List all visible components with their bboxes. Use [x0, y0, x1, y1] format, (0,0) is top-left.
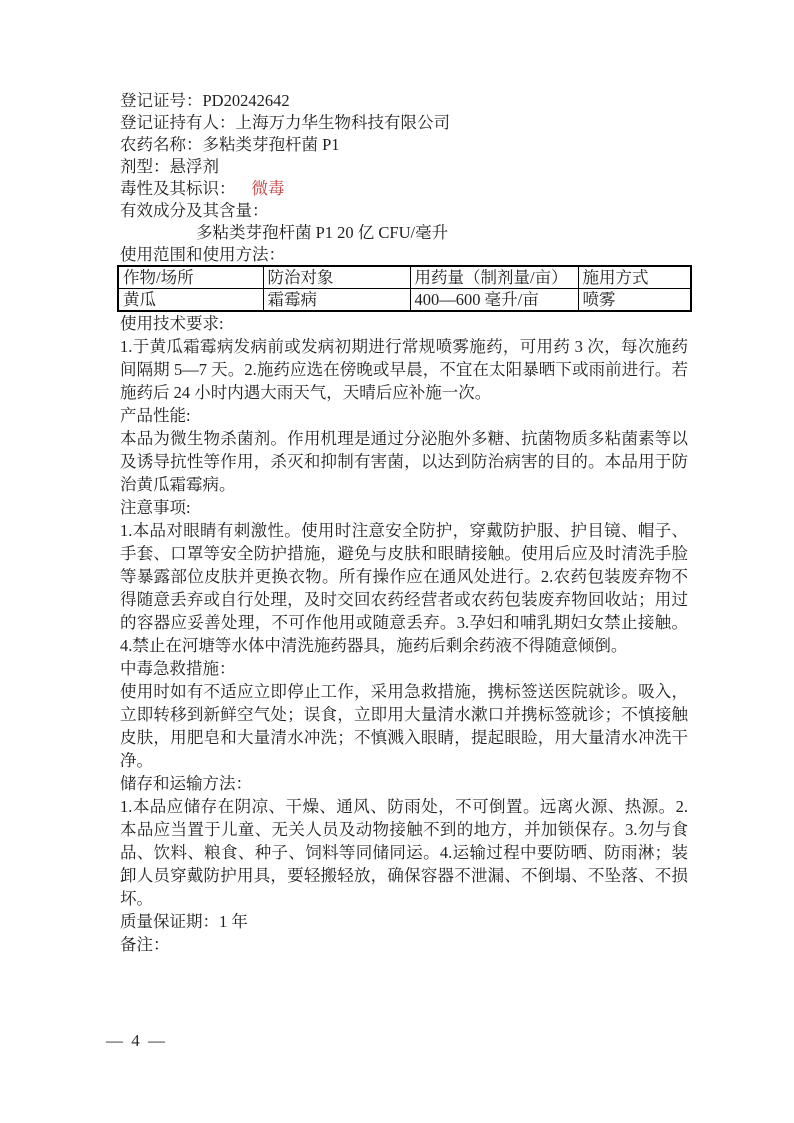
header-crop: 作物/场所 — [118, 266, 263, 289]
header-method: 施用方式 — [578, 266, 691, 289]
document-page: 登记证号：PD20242642 登记证持有人：上海万力华生物科技有限公司 农药名… — [0, 0, 794, 1123]
field-label: 登记证持有人： — [120, 113, 236, 132]
header-dosage: 用药量（制剂量/亩） — [410, 266, 578, 289]
section-precautions: 注意事项: 1.本品对眼睛有刺激性。使用时注意安全防护，穿戴防护服、护目镜、帽子… — [120, 496, 688, 657]
field-value: 上海万力华生物科技有限公司 — [236, 113, 451, 132]
usage-table: 作物/场所 防治对象 用药量（制剂量/亩） 施用方式 黄瓜 霜霉病 400—60… — [117, 265, 692, 312]
section-heading: 储存和运输方法： — [120, 772, 688, 795]
field-registration-number: 登记证号：PD20242642 — [120, 90, 688, 112]
field-active-ingredient: 有效成分及其含量： — [120, 200, 688, 222]
field-label: 农药名称： — [120, 135, 203, 154]
section-body: 1.于黄瓜霜霉病发病前或发病初期进行常规喷雾施药，可用药 3 次，每次施药间隔期… — [120, 335, 688, 404]
usage-table-caption: 使用范围和使用方法： — [120, 244, 688, 265]
warranty-label: 质量保证期： — [120, 912, 219, 931]
field-label: 剂型： — [120, 157, 170, 176]
section-heading: 使用技术要求: — [120, 312, 688, 335]
warranty-value: 1 年 — [219, 912, 248, 931]
section-product-performance: 产品性能: 本品为微生物杀菌剂。作用机理是通过分泌胞外多糖、抗菌物质多粘菌素等以… — [120, 404, 688, 496]
cell-method: 喷雾 — [578, 289, 691, 312]
cell-crop: 黄瓜 — [118, 289, 263, 312]
section-heading: 注意事项: — [120, 496, 688, 519]
usage-table-data-row: 黄瓜 霜霉病 400—600 毫升/亩 喷雾 — [118, 289, 691, 312]
document-content: 登记证号：PD20242642 登记证持有人：上海万力华生物科技有限公司 农药名… — [120, 90, 688, 956]
field-value: 悬浮剂 — [170, 157, 220, 176]
field-pesticide-name: 农药名称：多粘类芽孢杆菌 P1 — [120, 134, 688, 156]
section-heading: 中毒急救措施： — [120, 657, 688, 680]
section-body: 使用时如有不适应立即停止工作，采用急救措施，携标签送医院就诊。吸入，立即转移到新… — [120, 680, 688, 772]
cell-target: 霜霉病 — [263, 289, 410, 312]
cell-dosage: 400—600 毫升/亩 — [410, 289, 578, 312]
warranty-period-line: 质量保证期：1 年 — [120, 910, 688, 933]
field-value: 多粘类芽孢杆菌 P1 — [203, 135, 340, 154]
section-heading: 产品性能: — [120, 404, 688, 427]
section-body: 1.本品对眼睛有刺激性。使用时注意安全防护，穿戴防护服、护目镜、帽子、手套、口罩… — [120, 519, 688, 657]
section-storage-transport: 储存和运输方法： 1.本品应储存在阴凉、干燥、通风、防雨处，不可倒置。远离火源、… — [120, 772, 688, 910]
usage-table-header-row: 作物/场所 防治对象 用药量（制剂量/亩） 施用方式 — [118, 266, 691, 289]
page-number: — 4 — — [106, 1031, 167, 1051]
field-registration-holder: 登记证持有人：上海万力华生物科技有限公司 — [120, 112, 688, 134]
header-target: 防治对象 — [263, 266, 410, 289]
section-usage-requirements: 使用技术要求: 1.于黄瓜霜霉病发病前或发病初期进行常规喷雾施药，可用药 3 次… — [120, 312, 688, 404]
field-label: 毒性及其标识： — [120, 179, 236, 198]
field-toxicity: 毒性及其标识：微毒 — [120, 178, 688, 200]
field-label: 有效成分及其含量： — [120, 201, 269, 220]
remark-line: 备注： — [120, 933, 688, 956]
section-body: 本品为微生物杀菌剂。作用机理是通过分泌胞外多糖、抗菌物质多粘菌素等以及诱导抗性等… — [120, 427, 688, 496]
field-formulation: 剂型：悬浮剂 — [120, 156, 688, 178]
toxicity-badge: 微毒 — [252, 179, 285, 198]
section-body: 1.本品应储存在阴凉、干燥、通风、防雨处，不可倒置。远离火源、热源。2.本品应当… — [120, 795, 688, 910]
field-value: PD20242642 — [203, 91, 290, 110]
active-ingredient-content: 多粘类芽孢杆菌 P1 20 亿 CFU/毫升 — [120, 222, 688, 244]
section-first-aid: 中毒急救措施： 使用时如有不适应立即停止工作，采用急救措施，携标签送医院就诊。吸… — [120, 657, 688, 772]
field-label: 登记证号： — [120, 91, 203, 110]
